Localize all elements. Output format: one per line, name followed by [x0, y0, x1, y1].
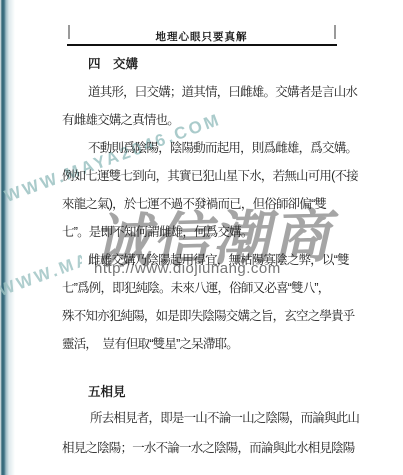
text-line: 來龍之氣)，於七運不過不發禍而已，但俗師卻偏“雙 — [62, 196, 326, 212]
text-line: 雌雄交媾乃陰陽起用得宜，無枯陽寡陰之弊，以“雙 — [88, 252, 349, 268]
document-lines: 四 交媾道其形，曰交媾；道其情，曰雌雄。交媾者是言山水有雌雄交媾之真情也。不動則… — [0, 0, 403, 475]
text-line: 相見之陰陽；一水不論一水之陰陽，而論與此水相見陰陽 — [62, 440, 355, 456]
text-line: 殊不知亦犯純陽，如是即失陰陽交媾之旨，玄空之學貴乎 — [62, 308, 355, 324]
text-line: 道其形，曰交媾；道其情，曰雌雄。交媾者是言山水 — [88, 84, 357, 100]
text-line: 靈活， 豈有但取“雙星”之呆滯耶。 — [62, 336, 238, 352]
section-heading: 四 交媾 — [88, 56, 138, 72]
text-line: 有雌雄交媾之真情也。 — [62, 112, 179, 128]
text-line: 所去相見者，即是一山不論一山之陰陽，而論與此山 — [90, 410, 359, 426]
text-line: 七”。是即不知何謂雌雄，何爲交媾。 — [62, 224, 253, 240]
text-line: 七”爲例，即犯純陰。未來八運，俗師又必喜“雙八”， — [62, 280, 330, 296]
text-line: 例如七運雙七到向，其實已犯山星下水，若無山可用(不接 — [62, 168, 358, 184]
scanned-page: { "header": { "title": "地理心眼只要真解" }, "do… — [0, 0, 403, 475]
text-line: 不動則爲陰陽，陰陽動而起用，則爲雌雄，爲交媾。 — [88, 140, 357, 156]
section-heading: 五相見 — [88, 384, 126, 400]
